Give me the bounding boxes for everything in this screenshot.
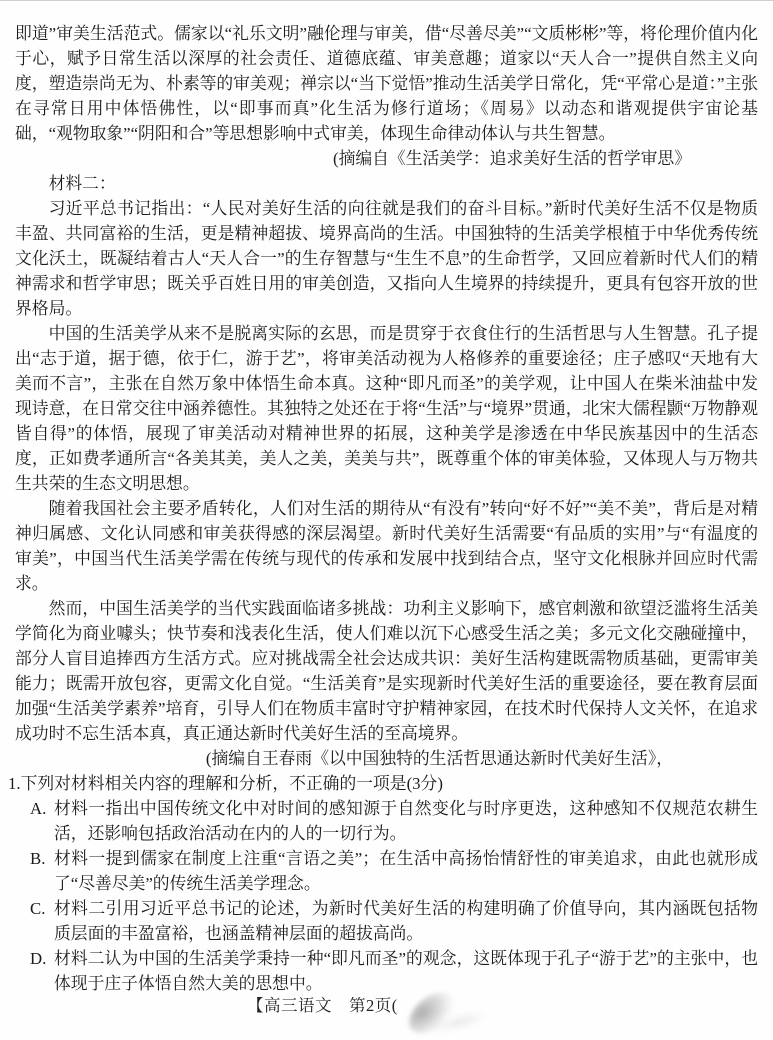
question-1-option-a: A. 材料一指出中国传统文化中对时间的感知源于自然变化与时序更迭，这种感知不仅规… xyxy=(30,796,758,846)
option-c-text: 材料二引用习近平总书记的论述，为新时代美好生活的构建明确了价值导向，其内涵既包括… xyxy=(54,896,758,946)
exam-body-text: 即道”审美生活范式。儒家以“礼乐文明”融伦理与审美，借“尽善尽美”“文质彬彬”等… xyxy=(15,21,758,996)
material2-heading: 材料二： xyxy=(15,171,758,196)
option-a-text: 材料一指出中国传统文化中对时间的感知源于自然变化与时序更迭，这种感知不仅规范农耕… xyxy=(54,796,758,846)
option-a-label: A. xyxy=(30,796,54,846)
question-1-option-c: C. 材料二引用习近平总书记的论述，为新时代美好生活的构建明确了价值导向，其内涵… xyxy=(30,896,758,946)
question-1-option-d: D. 材料二认为中国的生活美学秉持一种“即凡而圣”的观念，这既体现于孔子“游于艺… xyxy=(30,946,758,996)
question-1-stem: 1.下列对材料相关内容的理解和分析，不正确的一项是(3分) xyxy=(8,771,758,796)
option-b-text: 材料一提到儒家在制度上注重“言语之美”；在生活中高扬怡情舒性的审美追求，由此也就… xyxy=(54,846,758,896)
material2-paragraph-1: 习近平总书记指出：“人民对美好生活的向往就是我们的奋斗目标。”新时代美好生活不仅… xyxy=(15,196,758,321)
question-1-option-b: B. 材料一提到儒家在制度上注重“言语之美”；在生活中高扬怡情舒性的审美追求，由… xyxy=(30,846,758,896)
material1-source-attribution: (摘编自《生活美学：追求美好生活的哲学审思》 xyxy=(15,146,758,171)
option-d-text: 材料二认为中国的生活美学秉持一种“即凡而圣”的观念，这既体现于孔子“游于艺”的主… xyxy=(54,946,758,996)
page-footer: 【高三语文 第2页( xyxy=(247,992,398,1016)
question-1: 1.下列对材料相关内容的理解和分析，不正确的一项是(3分) A. 材料一指出中国… xyxy=(8,771,758,996)
question-1-number: 1. xyxy=(8,774,21,793)
material1-continuation-paragraph: 即道”审美生活范式。儒家以“礼乐文明”融伦理与审美，借“尽善尽美”“文质彬彬”等… xyxy=(15,21,758,146)
material2-paragraph-2: 中国的生活美学从来不是脱离实际的玄思，而是贯穿于衣食住行的生活哲思与人生智慧。孔… xyxy=(15,321,758,496)
exam-page: 即道”审美生活范式。儒家以“礼乐文明”融伦理与审美，借“尽善尽美”“文质彬彬”等… xyxy=(0,0,773,1040)
option-d-label: D. xyxy=(30,946,54,996)
material2-paragraph-4: 然而，中国生活美学的当代实践面临诸多挑战：功利主义影响下，感官刺激和欲望泛滥将生… xyxy=(15,596,758,746)
material2-source-attribution: (摘编自王春雨《以中国独特的生活哲思通达新时代美好生活》， xyxy=(15,746,758,771)
material2-paragraph-3: 随着我国社会主要矛盾转化，人们对生活的期待从“有没有”转向“好不好”“美不美”，… xyxy=(15,496,758,596)
option-c-label: C. xyxy=(30,896,54,946)
question-1-stem-text: 下列对材料相关内容的理解和分析，不正确的一项是(3分) xyxy=(21,774,443,793)
option-b-label: B. xyxy=(30,846,54,896)
